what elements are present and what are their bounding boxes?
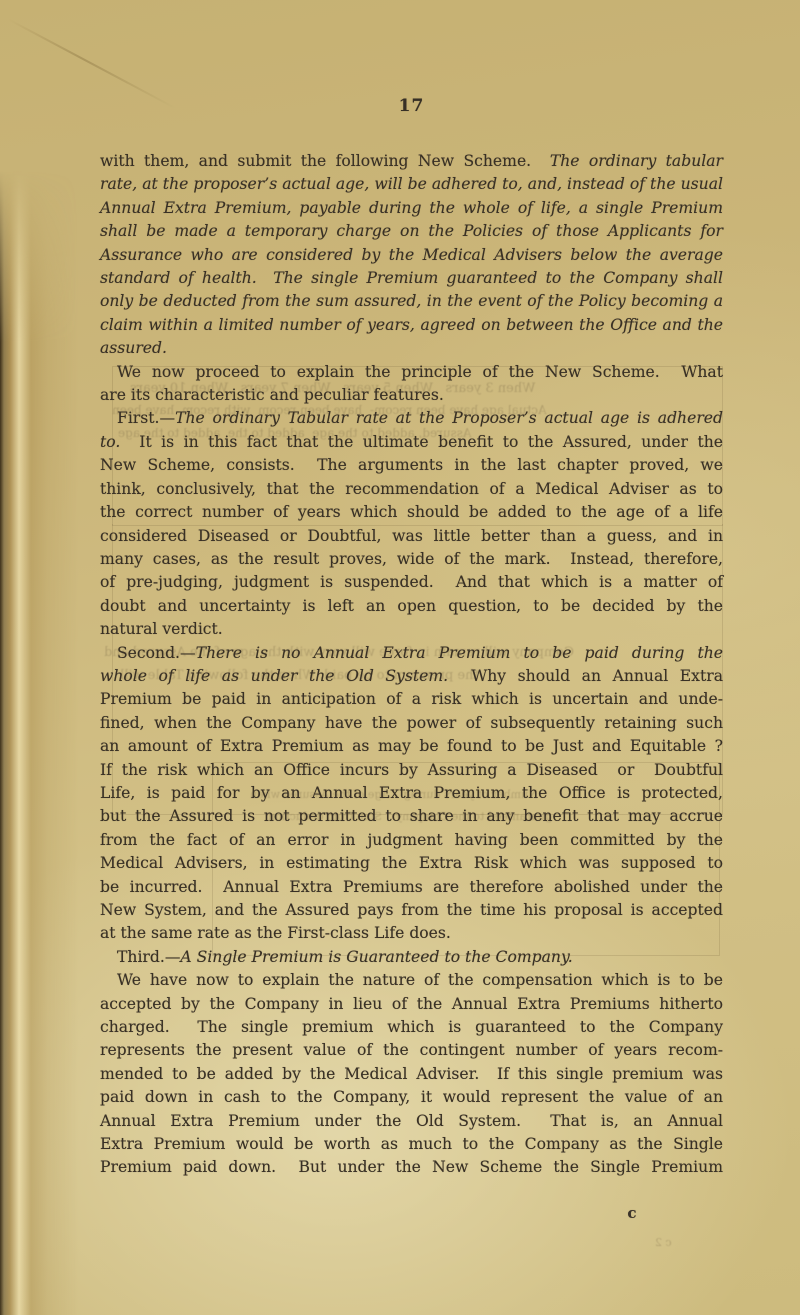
text-line: Annual Extra Premium, payable during the…: [100, 197, 723, 220]
text-line: doubt and uncertainty is left an open qu…: [100, 595, 723, 618]
text-line: charged. The single premium which is gua…: [100, 1016, 723, 1039]
text-line: accepted by the Company in lieu of the A…: [100, 993, 723, 1016]
text-line: We now proceed to explain the principle …: [100, 361, 723, 384]
text-line: represents the present value of the cont…: [100, 1039, 723, 1062]
text-line: an amount of Extra Premium as may be fou…: [100, 735, 723, 758]
text-line: considered Diseased or Doubtful, was lit…: [100, 525, 723, 548]
paragraph-6: We have now to explain the nature of the…: [100, 969, 723, 1180]
text-line: think, conclusively, that the recommenda…: [100, 478, 723, 501]
paragraph-5: Third.—A Single Premium is Guaranteed to…: [100, 946, 723, 969]
paragraph-3: First.—The ordinary Tabular rate at the …: [100, 407, 723, 641]
text-line: natural verdict.: [100, 618, 723, 641]
text-line: Life, is paid for by an Annual Extra Pre…: [100, 782, 723, 805]
text-line: First.—The ordinary Tabular rate at the …: [100, 407, 723, 430]
text-line: claim within a limited number of years, …: [100, 314, 723, 337]
text-line: are its characteristic and peculiar feat…: [100, 384, 723, 407]
text-line: assured.: [100, 337, 723, 360]
page-text: with them, and submit the following New …: [100, 150, 723, 1180]
text-line: Premium paid down. But under the New Sch…: [100, 1156, 723, 1179]
text-line: whole of life as under the Old System. W…: [100, 665, 723, 688]
text-line: Assurance who are considered by the Medi…: [100, 244, 723, 267]
text-line: Extra Premium would be worth as much to …: [100, 1133, 723, 1156]
text-line: If the risk which an Office incurs by As…: [100, 759, 723, 782]
text-line: from the fact of an error in judgment ha…: [100, 829, 723, 852]
text-line: New System, and the Assured pays from th…: [100, 899, 723, 922]
text-line: paid down in cash to the Company, it wou…: [100, 1086, 723, 1109]
text-line: fined, when the Company have the power o…: [100, 712, 723, 735]
text-line: New Scheme, consists. The arguments in t…: [100, 454, 723, 477]
text-line: Second.—There is no Annual Extra Premium…: [100, 642, 723, 665]
book-gutter: [0, 0, 78, 1315]
text-line: be incurred. Annual Extra Premiums are t…: [100, 876, 723, 899]
text-line: of pre-judging, judgment is suspended. A…: [100, 571, 723, 594]
text-line: Third.—A Single Premium is Guaranteed to…: [100, 946, 723, 969]
text-line: Annual Extra Premium under the Old Syste…: [100, 1110, 723, 1133]
text-line: Medical Advisers, in estimating the Extr…: [100, 852, 723, 875]
bleedthrough-text: c 2: [655, 1236, 672, 1249]
signature-mark: c: [612, 1204, 652, 1222]
paragraph-4: Second.—There is no Annual Extra Premium…: [100, 642, 723, 946]
text-line: standard of health. The single Premium g…: [100, 267, 723, 290]
text-line: with them, and submit the following New …: [100, 150, 723, 173]
text-line: rate, at the proposer’s actual age, will…: [100, 173, 723, 196]
paragraph-2: We now proceed to explain the principle …: [100, 361, 723, 408]
text-line: mended to be added by the Medical Advise…: [100, 1063, 723, 1086]
text-line: Premium be paid in anticipation of a ris…: [100, 688, 723, 711]
scanned-page: When 3 years When 5 years When 7 years W…: [0, 0, 800, 1315]
text-line: to. It is in this fact that the ultimate…: [100, 431, 723, 454]
text-line: We have now to explain the nature of the…: [100, 969, 723, 992]
text-line: the correct number of years which should…: [100, 501, 723, 524]
page-number: 17: [100, 96, 723, 116]
text-line: shall be made a temporary charge on the …: [100, 220, 723, 243]
paragraph-1: with them, and submit the following New …: [100, 150, 723, 361]
text-line: many cases, as the result proves, wide o…: [100, 548, 723, 571]
text-line: only be deducted from the sum assured, i…: [100, 290, 723, 313]
text-line: at the same rate as the First-class Life…: [100, 922, 723, 945]
text-line: but the Assured is not permitted to shar…: [100, 805, 723, 828]
